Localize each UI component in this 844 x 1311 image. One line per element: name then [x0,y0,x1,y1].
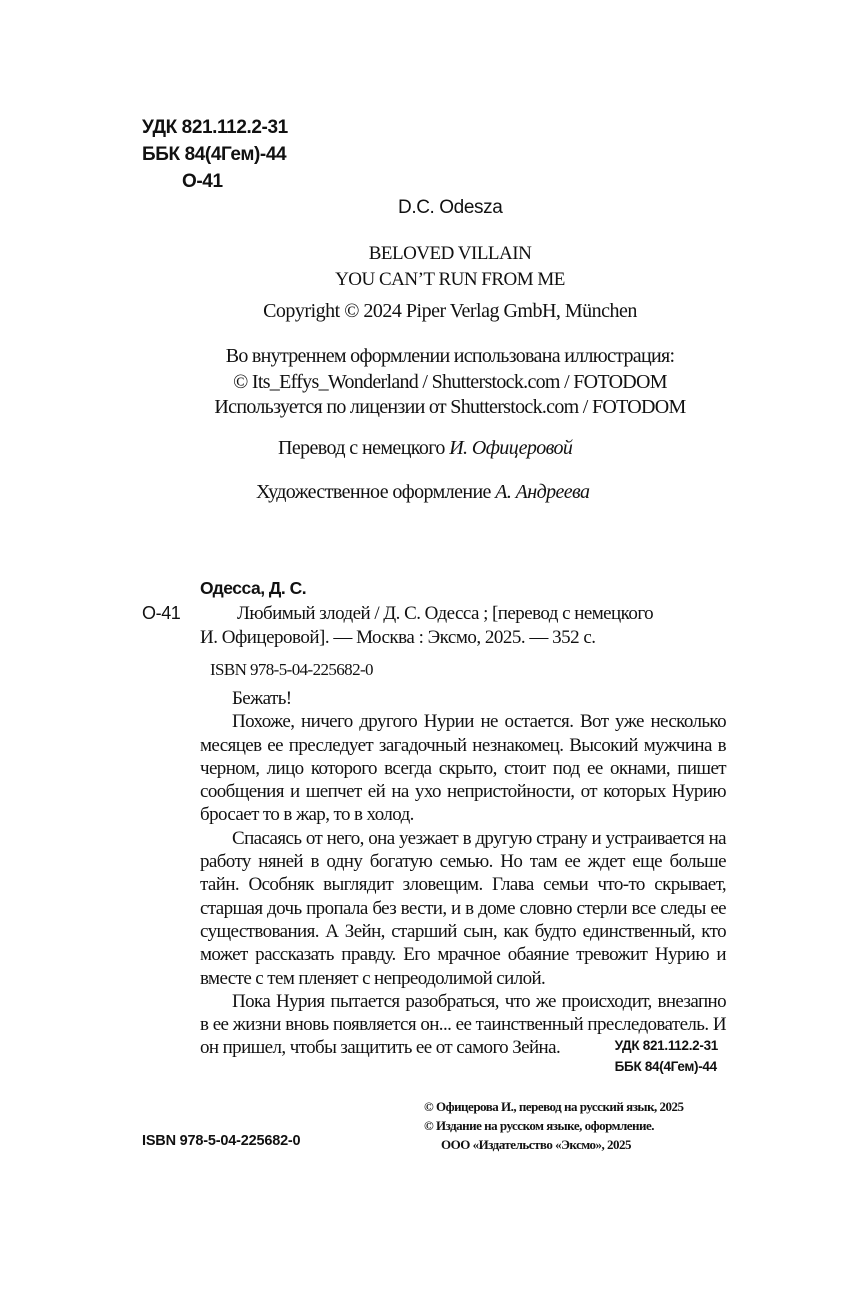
bbk-code: ББК 84(4Гем)-44 [142,141,288,168]
biblio-line2: И. Офицеровой]. — Москва : Эксмо, 2025. … [200,627,596,649]
bottom-classification: УДК 821.112.2-31 ББК 84(4Гем)-44 [615,1035,718,1077]
translation-credit: Перевод с немецкого И. Офицеровой [278,437,572,460]
annotation-paragraph: Бежать! [200,687,726,710]
original-title-line2: YOU CAN’T RUN FROM ME [140,267,760,293]
designer-name: А. Андреева [495,481,589,503]
classification-block: УДК 821.112.2-31 ББК 84(4Гем)-44 О-41 [142,114,288,195]
design-credit: Художественное оформление А. Андреева [256,481,589,504]
illustration-credit-line3: Используется по лицензии от Shutterstock… [140,395,760,421]
bottom-bbk: ББК 84(4Гем)-44 [615,1056,718,1077]
copyright-notices: © Офицерова И., перевод на русский язык,… [424,1097,684,1154]
biblio-mark: О-41 [142,603,180,624]
author-mark: О-41 [142,168,288,195]
illustration-credit-line2: © Its_Effys_Wonderland / Shutterstock.co… [140,370,760,396]
footer-isbn: ISBN 978-5-04-225682-0 [142,1133,300,1149]
udk-code: УДК 821.112.2-31 [142,114,288,141]
annotation: Бежать! Похоже, ничего другого Нурии не … [200,687,726,1060]
biblio-isbn: ISBN 978-5-04-225682-0 [210,660,373,680]
annotation-paragraph: Похоже, ничего другого Нурии не остается… [200,710,726,826]
annotation-paragraph: Спасаясь от него, она уезжает в другую с… [200,827,726,990]
original-title-line1: BELOVED VILLAIN [140,241,760,267]
edition-copyright-line1: © Издание на русском языке, оформление. [424,1116,684,1135]
design-label: Художественное оформление [256,481,495,503]
biblio-heading: Одесса, Д. С. [200,578,306,599]
translator-name: И. Офицеровой [449,437,572,459]
translation-copyright: © Офицерова И., перевод на русский язык,… [424,1097,684,1116]
edition-copyright-line2: ООО «Издательство «Эксмо», 2025 [424,1135,684,1154]
original-copyright: Copyright © 2024 Piper Verlag GmbH, Münc… [140,300,760,323]
original-author: D.C. Odesza [398,197,502,219]
bottom-udk: УДК 821.112.2-31 [615,1035,718,1056]
original-title: BELOVED VILLAIN YOU CAN’T RUN FROM ME [140,241,760,293]
biblio-line1: Любимый злодей / Д. С. Одесса ; [перевод… [237,603,653,625]
translation-label: Перевод с немецкого [278,437,449,459]
illustration-credit: Во внутреннем оформлении использована ил… [140,344,760,421]
illustration-credit-line1: Во внутреннем оформлении использована ил… [140,344,760,370]
